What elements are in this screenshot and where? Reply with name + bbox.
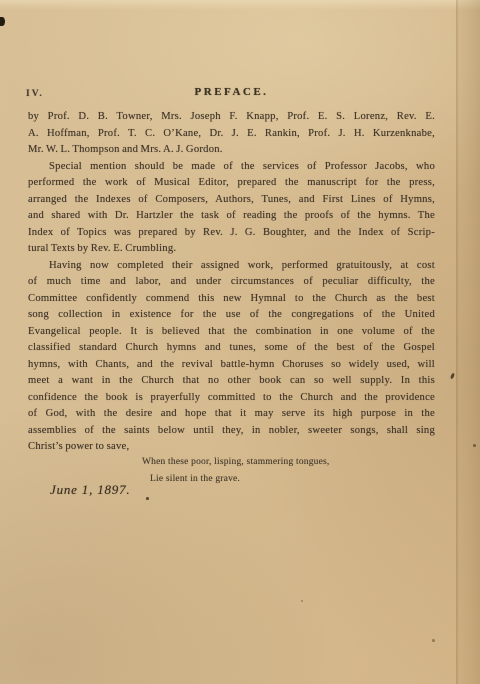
paragraph: Having now completed their assigned work…: [28, 258, 435, 456]
paragraph: by Prof. D. B. Towner, Mrs. Joseph F. Kn…: [28, 109, 435, 159]
text-line: assemblies of the saints below until the…: [28, 423, 435, 440]
ink-speck: [450, 373, 455, 380]
text-line: Committee confidently commend this new H…: [28, 291, 435, 308]
text-line: Index of Topics was prepared by Rev. J. …: [28, 225, 435, 242]
ink-speck: [432, 639, 435, 642]
text-line: Having now completed their assigned work…: [28, 258, 435, 275]
text-line: A. Hoffman, Prof. T. C. O’Kane, Dr. J. E…: [28, 126, 435, 143]
page-number: IV.: [26, 89, 44, 99]
text-line: Mr. W. L. Thompson and Mrs. A. J. Gordon…: [28, 142, 435, 159]
text-line: hymns, with Chants, and the revival batt…: [28, 357, 435, 374]
ink-speck: [0, 17, 5, 26]
text-line: confidence the book is prayerfully commi…: [28, 390, 435, 407]
ink-speck: [301, 600, 303, 602]
page-header: IV. PREFACE.: [28, 86, 435, 100]
page-edge-shadow: [456, 0, 480, 684]
ink-speck: [146, 497, 149, 500]
text-line: tural Texts by Rev. E. Crumbling.: [28, 241, 435, 258]
ink-speck: [473, 444, 476, 447]
text-line: performed the work of Musical Editor, pr…: [28, 175, 435, 192]
text-line: Evangelical people. It is believed that …: [28, 324, 435, 341]
text-line: by Prof. D. B. Towner, Mrs. Joseph F. Kn…: [28, 109, 435, 126]
text-line: meet a want in the Church that no other …: [28, 373, 435, 390]
page-top-edge: [0, 0, 480, 10]
quote-line: When these poor, lisping, stammering ton…: [142, 454, 382, 471]
quote-block: When these poor, lisping, stammering ton…: [142, 454, 382, 488]
quote-line: Lie silent in the grave.: [150, 471, 382, 488]
text-line: of God, with the desire and hope that it…: [28, 406, 435, 423]
running-title: PREFACE.: [28, 86, 435, 98]
text-line: Special mention should be made of the se…: [28, 159, 435, 176]
text-line: song collection in existence for the use…: [28, 307, 435, 324]
text-line: and shared with Dr. Hartzler the task of…: [28, 208, 435, 225]
text-line: arranged the Indexes of Composers, Autho…: [28, 192, 435, 209]
scanned-page: IV. PREFACE. by Prof. D. B. Towner, Mrs.…: [0, 0, 480, 684]
paragraph: Special mention should be made of the se…: [28, 159, 435, 258]
text-line: of much time and labor, and under circum…: [28, 274, 435, 291]
date-line: June 1, 1897.: [50, 482, 130, 498]
text-line: classified standard Church hymns and tun…: [28, 340, 435, 357]
body-text: by Prof. D. B. Towner, Mrs. Joseph F. Kn…: [28, 109, 435, 456]
